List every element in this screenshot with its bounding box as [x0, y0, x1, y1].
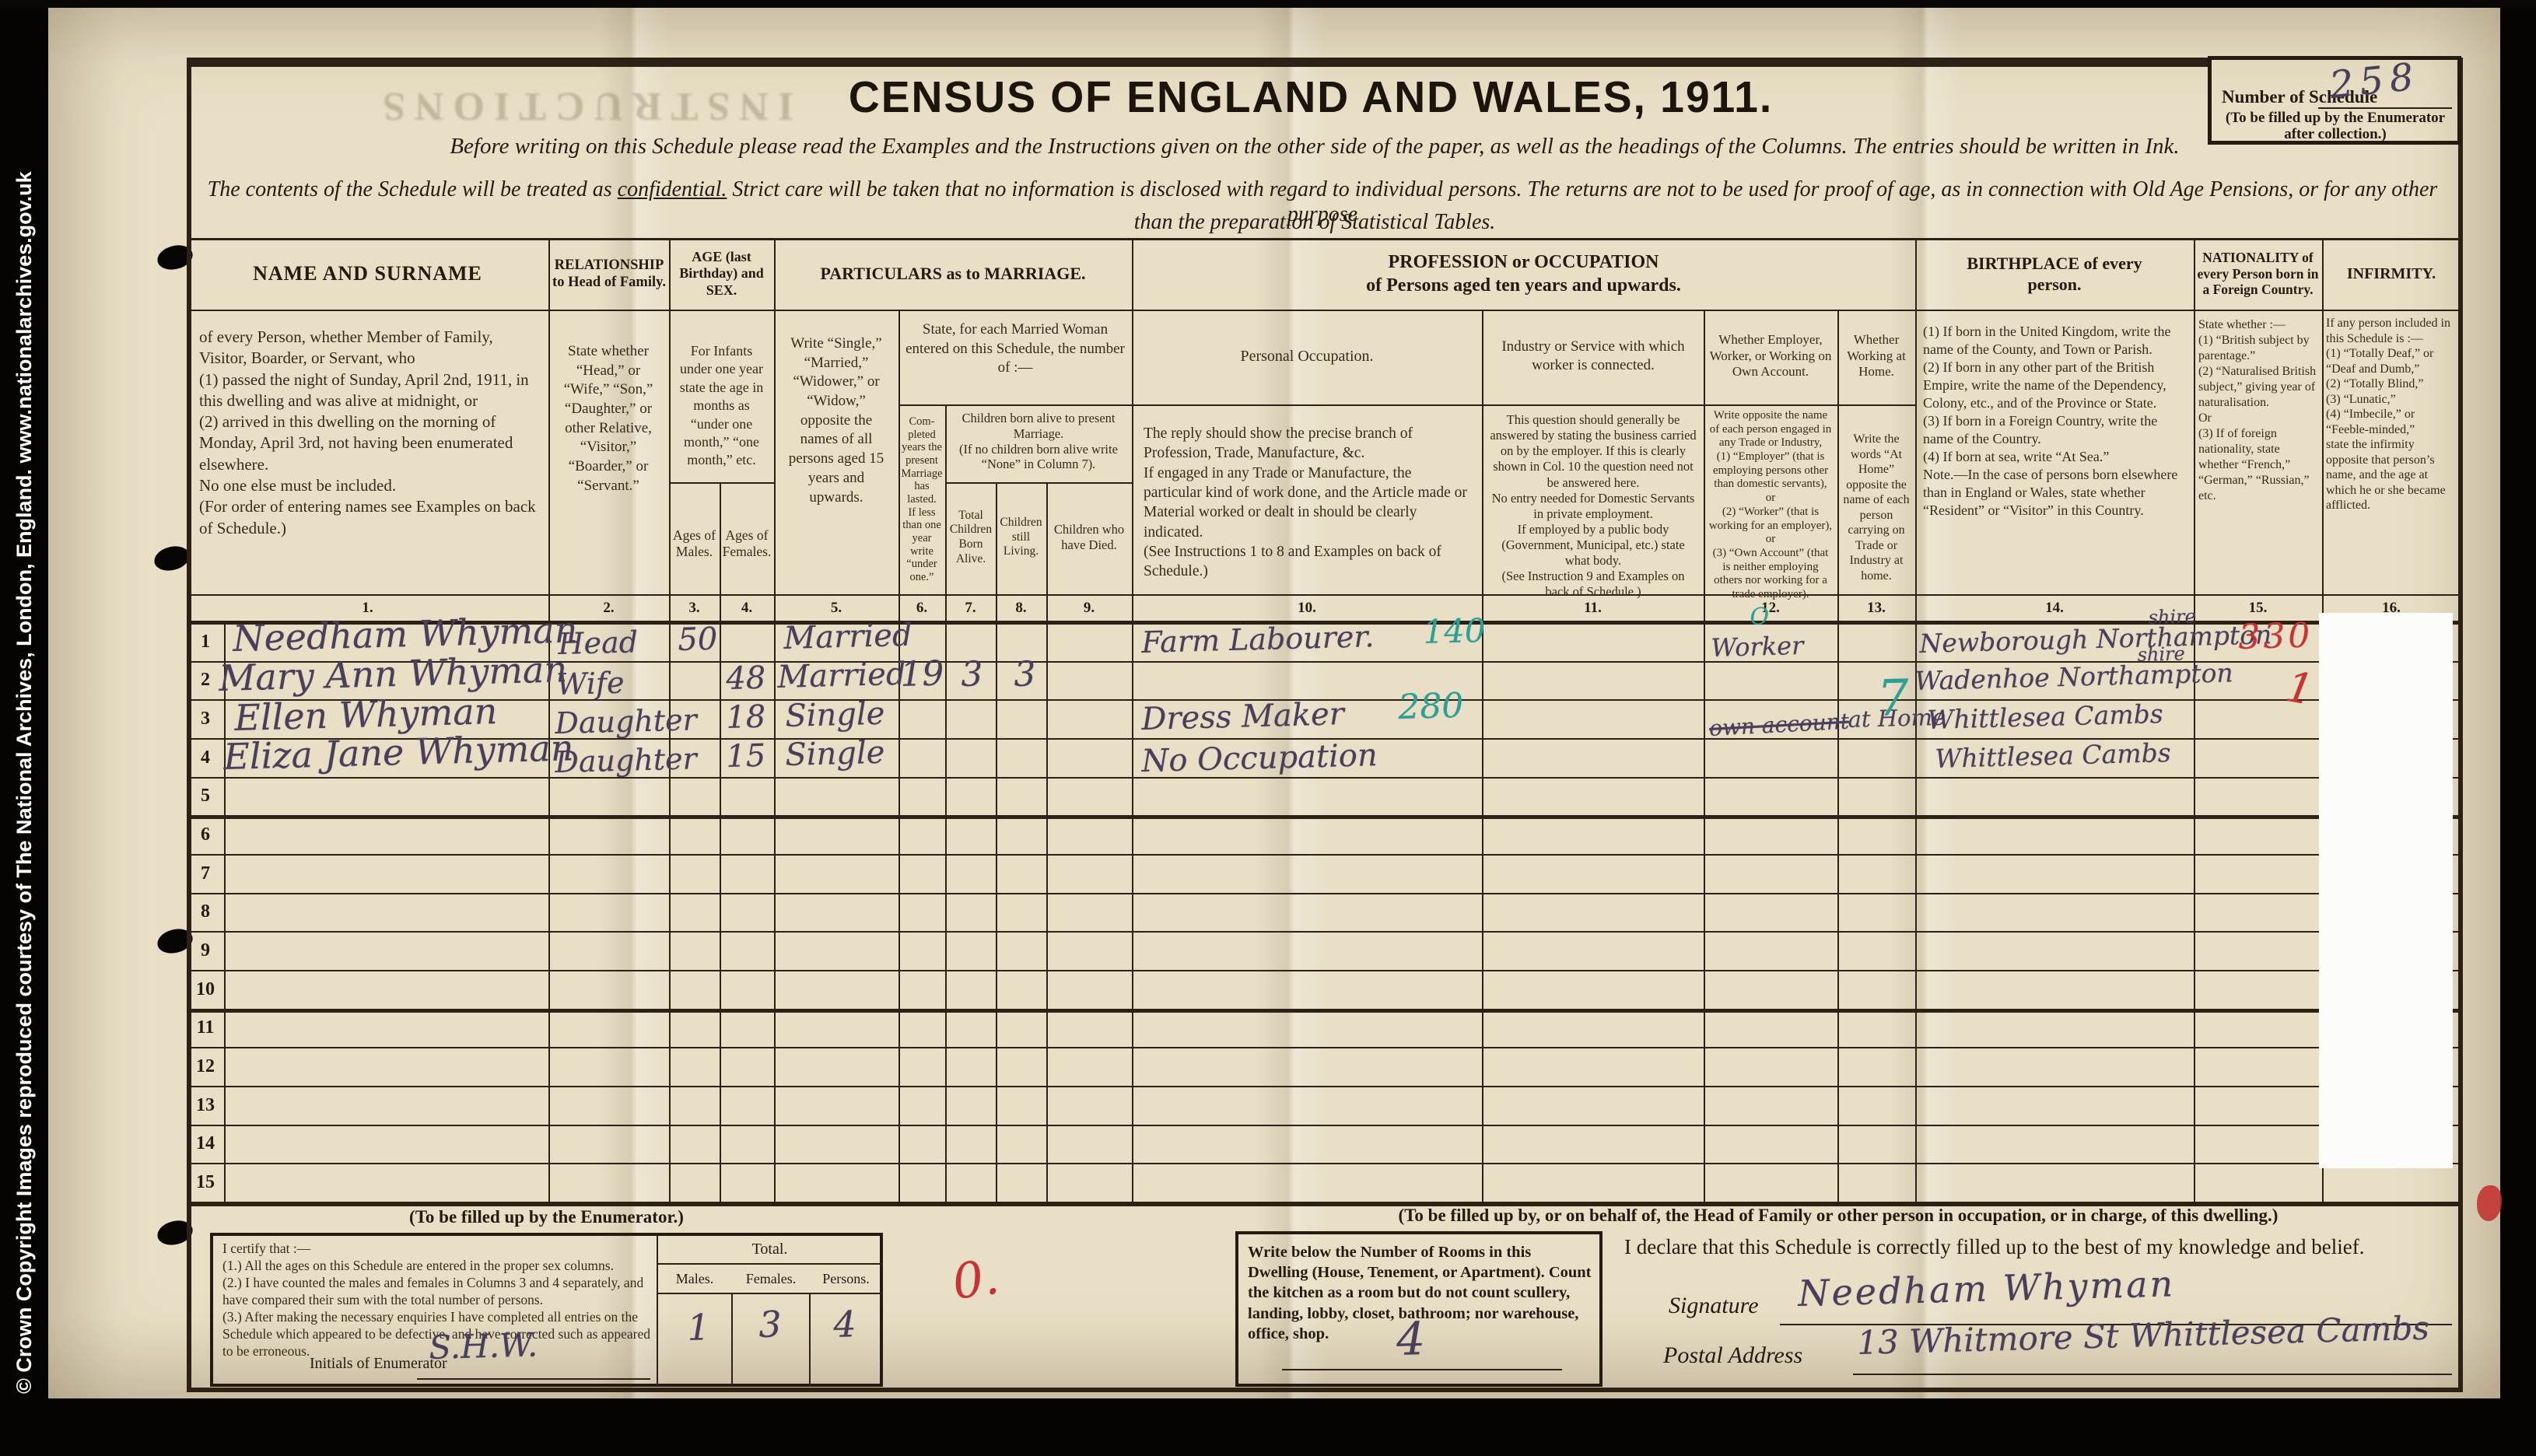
header-infirmity: INFIRMITY.	[2322, 238, 2461, 310]
film-border-bottom	[0, 1398, 2536, 1456]
header-ages-females: Ages of Females.	[720, 498, 773, 590]
header-birthplace: BIRTHPLACE of every person.	[1945, 238, 2164, 310]
header-ages-males: Ages of Males.	[670, 498, 719, 590]
header-c13-title: Whether Working at Home.	[1839, 311, 1914, 401]
header-marriage-group: PARTICULARS as to MARRIAGE.	[774, 238, 1132, 310]
row-line	[187, 1009, 2463, 1013]
top-rule	[187, 58, 2209, 67]
totals-males-value: 1	[687, 1306, 711, 1349]
row-number: 9	[188, 931, 222, 970]
header-relationship-desc: State whether “Head,” or “Wife,” “Son,” …	[554, 342, 663, 496]
census-document-scan: © Crown Copyright Images reproduced cour…	[0, 0, 2536, 1456]
column-number: 13.	[1837, 595, 1915, 621]
header-c12-title: Whether Employer, Worker, or Working on …	[1707, 311, 1834, 401]
bottom-rule	[187, 1388, 2463, 1392]
row-number: 6	[188, 815, 222, 854]
row-line	[187, 1047, 2463, 1048]
totals-females-label: Females.	[733, 1266, 809, 1291]
col-line	[224, 622, 226, 1202]
row-line	[187, 854, 2463, 856]
row-line	[187, 1086, 2463, 1087]
header-c8: Children still Living.	[997, 488, 1045, 586]
employment-check-annotation: O	[1750, 603, 1770, 631]
header-sub-line	[669, 482, 774, 484]
instruction-line: Before writing on this Schedule please r…	[342, 134, 2287, 159]
col-line	[1132, 622, 1133, 1202]
header-c9: Children who have Died.	[1048, 488, 1130, 586]
red-code-annotation: 330	[2238, 616, 2314, 657]
column-number: 12.	[1704, 595, 1837, 621]
entry-relationship: Daughter	[555, 702, 697, 740]
col-line	[1482, 310, 1483, 622]
header-c6-desc: Com-pleted years the present Marriage ha…	[900, 415, 944, 584]
col-line	[898, 622, 900, 1202]
totals-persons-value: 4	[833, 1303, 857, 1346]
col-line	[1482, 622, 1483, 1202]
entry-marriage: Married	[777, 656, 906, 695]
col-line	[548, 238, 550, 622]
header-sub-line	[945, 482, 1132, 484]
header-age-desc: For Infants under one year state the age…	[674, 342, 769, 470]
signature-label: Signature	[1669, 1293, 1759, 1319]
row-line	[187, 970, 2463, 971]
copyright-text: © Crown Copyright Images reproduced cour…	[12, 118, 37, 1394]
entry-birthplace-superscript: shire	[2148, 605, 2196, 628]
header-married-woman-note: State, for each Married Woman entered on…	[904, 320, 1126, 378]
confidential-pre: The contents of the Schedule will be tre…	[208, 177, 618, 201]
row-number: 10	[188, 970, 222, 1009]
header-children-note: Children born alive to present Marriage.…	[949, 411, 1128, 472]
totals-persons-label: Persons.	[811, 1266, 881, 1291]
header-sub-line	[898, 404, 1915, 406]
column-number: 7.	[945, 595, 996, 621]
row-line	[187, 777, 2463, 779]
header-c15-desc: State whether :— (1) “British subject by…	[2198, 317, 2317, 504]
row-number: 13	[188, 1086, 222, 1125]
row-number: 15	[188, 1163, 222, 1202]
entry-children-living: 3	[1014, 654, 1036, 695]
entry-marriage: Single	[785, 735, 885, 773]
column-number: 11.	[1482, 595, 1704, 621]
confidential-line2: than the preparation of Statistical Tabl…	[342, 210, 2287, 235]
col-line	[2194, 238, 2195, 622]
entry-marriage: Married	[783, 618, 912, 656]
totals-divider	[731, 1293, 733, 1387]
red-check-zero: 0.	[949, 1248, 1003, 1311]
col-line	[945, 622, 947, 1202]
entry-children-born: 3	[961, 654, 983, 695]
occupation-code-annotation: 280	[1398, 686, 1464, 727]
totals-males-label: Males.	[658, 1266, 731, 1291]
header-age-sex: AGE (last Birthday) and SEX.	[671, 238, 772, 310]
row-number: 8	[188, 893, 222, 931]
entry-birthplace: Whittlesea Cambs	[1927, 698, 2163, 735]
schedule-number-line	[2318, 107, 2452, 109]
header-c12-desc: Write opposite the name of each person e…	[1708, 409, 1833, 602]
column-number: 5.	[774, 595, 898, 621]
rooms-value-line	[1282, 1369, 1562, 1370]
row-line	[187, 931, 2463, 933]
col-line	[1704, 310, 1705, 622]
column-number: 8.	[996, 595, 1046, 621]
header-c10-title: Personal Occupation.	[1132, 311, 1482, 401]
occupation-code-annotation: 140	[1423, 611, 1486, 651]
page-title: CENSUS OF ENGLAND AND WALES, 1911.	[707, 72, 1914, 123]
entry-birthplace-superscript: shire	[2137, 642, 2185, 666]
col-line	[2194, 622, 2195, 1202]
confidential-word: confidential.	[618, 177, 727, 201]
film-border-right	[2500, 0, 2536, 1456]
enumerator-section-heading: (To be filled up by the Enumerator.)	[210, 1206, 883, 1229]
declaration-text: I declare that this Schedule is correctl…	[1624, 1235, 2457, 1259]
postal-address-line	[1853, 1374, 2452, 1375]
entry-occupation: Dress Maker	[1141, 696, 1345, 737]
entry-relationship: Daughter	[555, 741, 697, 779]
header-c7: Total Children Born Alive.	[947, 488, 995, 586]
header-name-surname: NAME AND SURNAME	[187, 238, 548, 310]
header-c16-desc: If any person included in this Schedule …	[2326, 316, 2455, 513]
entry-marriage: Single	[785, 696, 885, 734]
film-border-top	[0, 0, 2536, 8]
entry-employment: Worker	[1711, 631, 1804, 663]
entry-age-females: 18	[726, 699, 766, 736]
row-line	[187, 1163, 2463, 1164]
header-c13-desc: Write the words “At Home” opposite the n…	[1842, 432, 1911, 583]
row-number: 12	[188, 1047, 222, 1086]
col-line	[774, 622, 776, 1202]
entry-age-females: 15	[726, 738, 766, 775]
at-home-code-annotation: 7	[1876, 670, 1910, 728]
entry-age-females: 48	[726, 660, 766, 697]
row-number: 5	[188, 777, 222, 815]
row-number: 7	[188, 854, 222, 893]
row-line	[187, 1125, 2463, 1126]
row-number: 4	[188, 738, 222, 777]
header-occupation-group: PROFESSION or OCCUPATION of Persons aged…	[1132, 238, 1915, 310]
initials-label: Initials of Enumerator	[310, 1355, 447, 1373]
entry-relationship: Wife	[556, 666, 625, 702]
column-number: 9.	[1046, 595, 1132, 621]
header-c5-desc: Write “Single,” “Married,” “Widower,” or…	[780, 334, 892, 507]
rooms-value: 4	[1396, 1312, 1426, 1366]
col-line	[720, 622, 721, 1202]
totals-line	[657, 1263, 883, 1265]
entry-age-males: 50	[678, 621, 718, 658]
header-c10-desc: The reply should show the precise branch…	[1144, 424, 1470, 582]
entry-occupation: Farm Labourer.	[1141, 619, 1375, 660]
header-c14-desc: (1) If born in the United Kingdom, write…	[1923, 323, 2187, 520]
header-name-desc: of every Person, whether Member of Famil…	[199, 327, 541, 539]
header-c11-desc: This question should generally be answer…	[1488, 412, 1698, 600]
entry-years-married: 19	[900, 654, 944, 695]
col-line	[1915, 238, 1917, 622]
householder-section-heading: (To be filled up by, or on behalf of, th…	[1214, 1204, 2463, 1227]
header-nationality: NATIONALITY of every Person born in a Fo…	[2197, 238, 2319, 310]
row-number: 2	[188, 661, 222, 699]
header-relationship: RELATIONSHIP to Head of Family.	[551, 238, 667, 310]
col-line	[996, 622, 997, 1202]
row-line	[187, 893, 2463, 894]
enumerator-initials-value: S.H.W.	[429, 1325, 538, 1367]
entry-occupation: No Occupation	[1141, 737, 1378, 779]
col-line	[548, 622, 550, 1202]
entry-birthplace: Whittlesea Cambs	[1935, 737, 2171, 774]
initials-line	[417, 1378, 650, 1380]
column-number: 3.	[669, 595, 720, 621]
header-c11-title: Industry or Service with which worker is…	[1486, 311, 1701, 401]
totals-header: Total.	[657, 1237, 883, 1262]
column-number: 4.	[720, 595, 774, 621]
totals-divider	[809, 1293, 811, 1387]
totals-females-value: 3	[758, 1303, 783, 1346]
postal-address-label: Postal Address	[1663, 1342, 1802, 1369]
row-number: 11	[188, 1009, 222, 1047]
col-line	[1046, 622, 1048, 1202]
col-line	[1704, 622, 1705, 1202]
totals-line	[657, 1293, 883, 1294]
entry-relationship: Head	[558, 625, 639, 661]
redaction-box	[2319, 613, 2453, 1168]
row-number: 3	[188, 699, 222, 738]
row-number: 1	[188, 622, 222, 661]
row-line	[187, 815, 2463, 819]
row-number: 14	[188, 1125, 222, 1163]
